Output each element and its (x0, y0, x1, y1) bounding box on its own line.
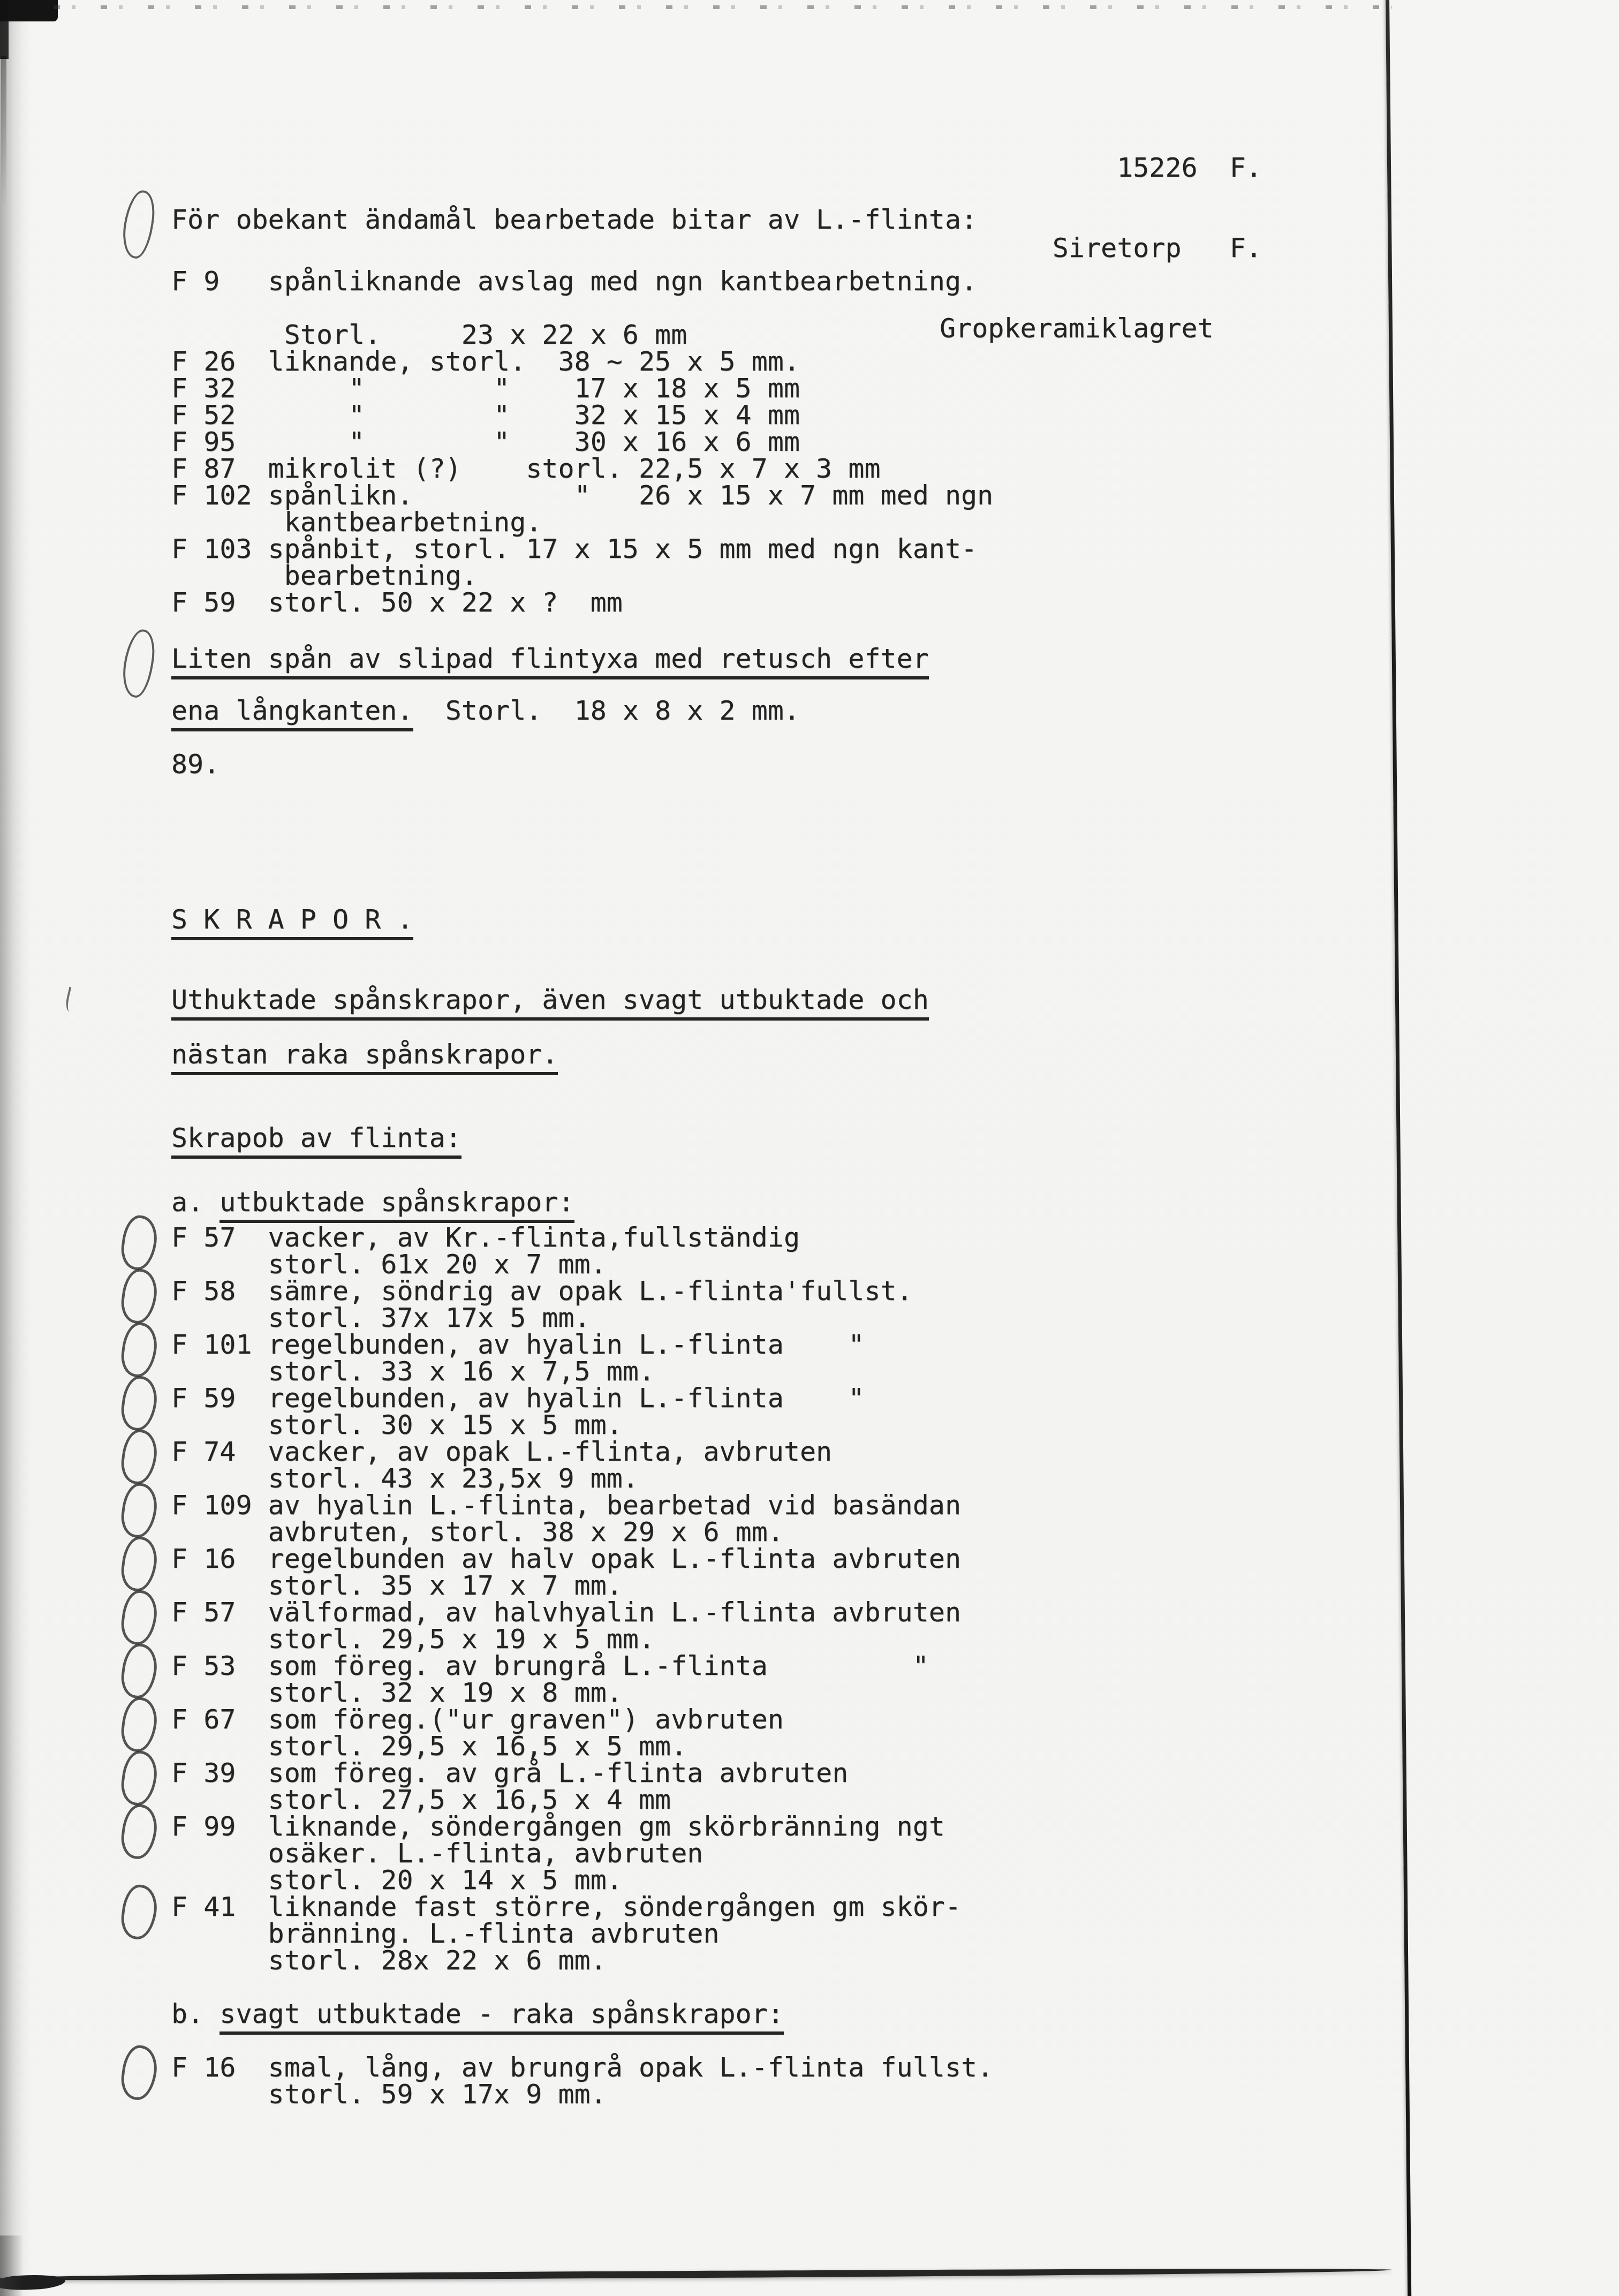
stamp-inventory-number: 15226 F. (940, 154, 1262, 181)
line-text-underlined: Skrapob av flinta: (171, 1122, 462, 1159)
document-line: storl. 29,5 x 16,5 x 5 mm. (171, 1733, 993, 1759)
item-number: F 67 (171, 1706, 268, 1733)
document-line: Uthuktade spånskrapor, även svagt utbukt… (171, 986, 993, 1013)
line-text-underlined: Liten spån av slipad flintyxa med retusc… (171, 643, 929, 679)
document-line: F 74vacker, av opak L.-flinta, avbruten (171, 1438, 993, 1465)
document-line: F 99liknande, söndergången gm skörbränni… (171, 1813, 993, 1840)
line-text-underlined: utbuktade spånskrapor: (220, 1187, 574, 1223)
document-line: F 16regelbunden av halv opak L.-flinta a… (171, 1545, 993, 1572)
item-number: F 87 (171, 455, 268, 482)
item-number: F 101 (171, 1331, 268, 1358)
document-line: nästan raka spånskrapor. (171, 1041, 993, 1068)
scan-top-left-edge-bar (0, 0, 9, 59)
scan-left-edge-shadow (0, 0, 31, 2296)
document-line: F 59storl. 50 x 22 x ? mm (171, 589, 993, 616)
line-text-pre: a. (171, 1187, 220, 1218)
document-line: F 87mikrolit (?) storl. 22,5 x 7 x 3 mm (171, 455, 993, 482)
document-line: a. utbuktade spånskrapor: (171, 1189, 993, 1215)
line-text-post: Storl. 18 x 8 x 2 mm. (413, 695, 800, 726)
document-line: F 9spånliknande avslag med ngn kantbearb… (171, 268, 993, 294)
document-line: bearbetning. (171, 562, 993, 589)
item-number: F 95 (171, 428, 268, 455)
item-number: F 9 (171, 268, 268, 294)
line-text-pre: För obekant ändamål bearbetade bitar av … (171, 204, 977, 235)
item-number: F 103 (171, 535, 268, 562)
document-line: bränning. L.-flinta avbruten (171, 1920, 993, 1947)
document-line: Skrapob av flinta: (171, 1124, 993, 1151)
scan-top-left-corner-mark (0, 0, 58, 21)
scan-bottom-edge-line (0, 2267, 1392, 2282)
item-number: F 53 (171, 1652, 268, 1679)
document-line: F 52 " " 32 x 15 x 4 mm (171, 402, 993, 428)
document-line: b. svagt utbuktade - raka spånskrapor: (171, 2000, 993, 2027)
document-line: storl. 28x 22 x 6 mm. (171, 1947, 993, 1974)
line-text-underlined: Uthuktade spånskrapor, även svagt utbukt… (171, 984, 929, 1021)
item-number: F 59 (171, 589, 268, 616)
document-line: S K R A P O R . (171, 906, 993, 933)
document-line: storl. 37x 17x 5 mm. (171, 1304, 993, 1331)
scan-bottom-left-smudge (0, 2235, 24, 2296)
item-number: F 39 (171, 1759, 268, 1786)
item-number: F 16 (171, 2054, 268, 2081)
document-line: storl. 30 x 15 x 5 mm. (171, 1411, 993, 1438)
document-line: storl. 27,5 x 16,5 x 4 mm (171, 1786, 993, 1813)
document-line: F 102spånlikn. " 26 x 15 x 7 mm med ngn (171, 482, 993, 509)
scanned-document-page: 15226 F. Siretorp F. Gropkeramiklagret F… (0, 0, 1619, 2296)
document-line: ena långkanten. Storl. 18 x 8 x 2 mm. (171, 697, 993, 724)
line-text-pre: storl. 28x 22 x 6 mm. (268, 1945, 607, 1976)
line-text-pre: b. (171, 1998, 220, 2029)
line-text-underlined: S K R A P O R . (171, 904, 413, 940)
item-number: F 26 (171, 348, 268, 375)
line-text-underlined: svagt utbuktade - raka spånskrapor: (220, 1998, 784, 2035)
document-line: Storl. 23 x 22 x 6 mm (171, 321, 993, 348)
document-line: F 109av hyalin L.-flinta, bearbetad vid … (171, 1492, 993, 1519)
scan-top-left-edge-fade (1, 56, 6, 206)
document-line: F 57vacker, av Kr.-flinta,fullständig (171, 1224, 993, 1251)
document-line: För obekant ändamål bearbetade bitar av … (171, 206, 993, 233)
document-line: kantbearbetning. (171, 509, 993, 535)
document-line: F 39som föreg. av grå L.-flinta avbruten (171, 1759, 993, 1786)
document-line: F 53som föreg. av brungrå L.-flinta " (171, 1652, 993, 1679)
document-line: storl. 33 x 16 x 7,5 mm. (171, 1358, 993, 1385)
document-line: storl. 61x 20 x 7 mm. (171, 1251, 993, 1278)
item-number: F 58 (171, 1278, 268, 1304)
document-line: F 26liknande, storl. 38 ~ 25 x 5 mm. (171, 348, 993, 375)
document-line: F 95 " " 30 x 16 x 6 mm (171, 428, 993, 455)
document-line: avbruten, storl. 38 x 29 x 6 mm. (171, 1519, 993, 1545)
document-line: storl. 20 x 14 x 5 mm. (171, 1867, 993, 1893)
document-line: F 101regelbunden, av hyalin L.-flinta " (171, 1331, 993, 1358)
item-number: F 74 (171, 1438, 268, 1465)
document-line: F 16smal, lång, av brungrå opak L.-flint… (171, 2054, 993, 2081)
document-line: F 103spånbit, storl. 17 x 15 x 5 mm med … (171, 535, 993, 562)
item-number: F 109 (171, 1492, 268, 1519)
document-line: F 57välformad, av halvhyalin L.-flinta a… (171, 1599, 993, 1626)
line-text-pre: 89. (171, 749, 220, 780)
document-line: 89. (171, 751, 993, 777)
document-line: storl. 32 x 19 x 8 mm. (171, 1679, 993, 1706)
item-number: F 102 (171, 482, 268, 509)
document-line: F 59regelbunden, av hyalin L.-flinta " (171, 1385, 993, 1411)
item-number: F 41 (171, 1893, 268, 1920)
document-line: F 41liknande fast större, söndergången g… (171, 1893, 993, 1920)
document-line: F 67som föreg.("ur graven") avbruten (171, 1706, 993, 1733)
document-line: storl. 59 x 17x 9 mm. (171, 2081, 993, 2108)
item-number: F 32 (171, 375, 268, 402)
document-line: F 58sämre, söndrig av opak L.-flinta'ful… (171, 1278, 993, 1304)
document-line: storl. 29,5 x 19 x 5 mm. (171, 1626, 993, 1652)
item-number: F 99 (171, 1813, 268, 1840)
item-number: F 57 (171, 1224, 268, 1251)
line-text-pre: storl. 50 x 22 x ? mm (268, 587, 623, 618)
scan-top-edge-specks (54, 5, 1392, 9)
item-number: F 16 (171, 1545, 268, 1572)
document-body: För obekant ändamål bearbetade bitar av … (171, 206, 993, 2108)
document-line: storl. 43 x 23,5x 9 mm. (171, 1465, 993, 1492)
document-line: osäker. L.-flinta, avbruten (171, 1840, 993, 1867)
line-text-underlined: nästan raka spånskrapor. (171, 1039, 558, 1075)
document-line: F 32 " " 17 x 18 x 5 mm (171, 375, 993, 402)
document-line: storl. 35 x 17 x 7 mm. (171, 1572, 993, 1599)
line-text-underlined: ena långkanten. (171, 695, 413, 731)
document-line: Liten spån av slipad flintyxa med retusc… (171, 645, 993, 672)
line-text-pre: storl. 59 x 17x 9 mm. (268, 2079, 607, 2110)
item-number: F 59 (171, 1385, 268, 1411)
line-text-pre: spånliknande avslag med ngn kantbearbetn… (268, 266, 978, 297)
item-number: F 57 (171, 1599, 268, 1626)
scan-right-vertical-line (1386, 0, 1411, 2296)
item-number: F 52 (171, 402, 268, 428)
